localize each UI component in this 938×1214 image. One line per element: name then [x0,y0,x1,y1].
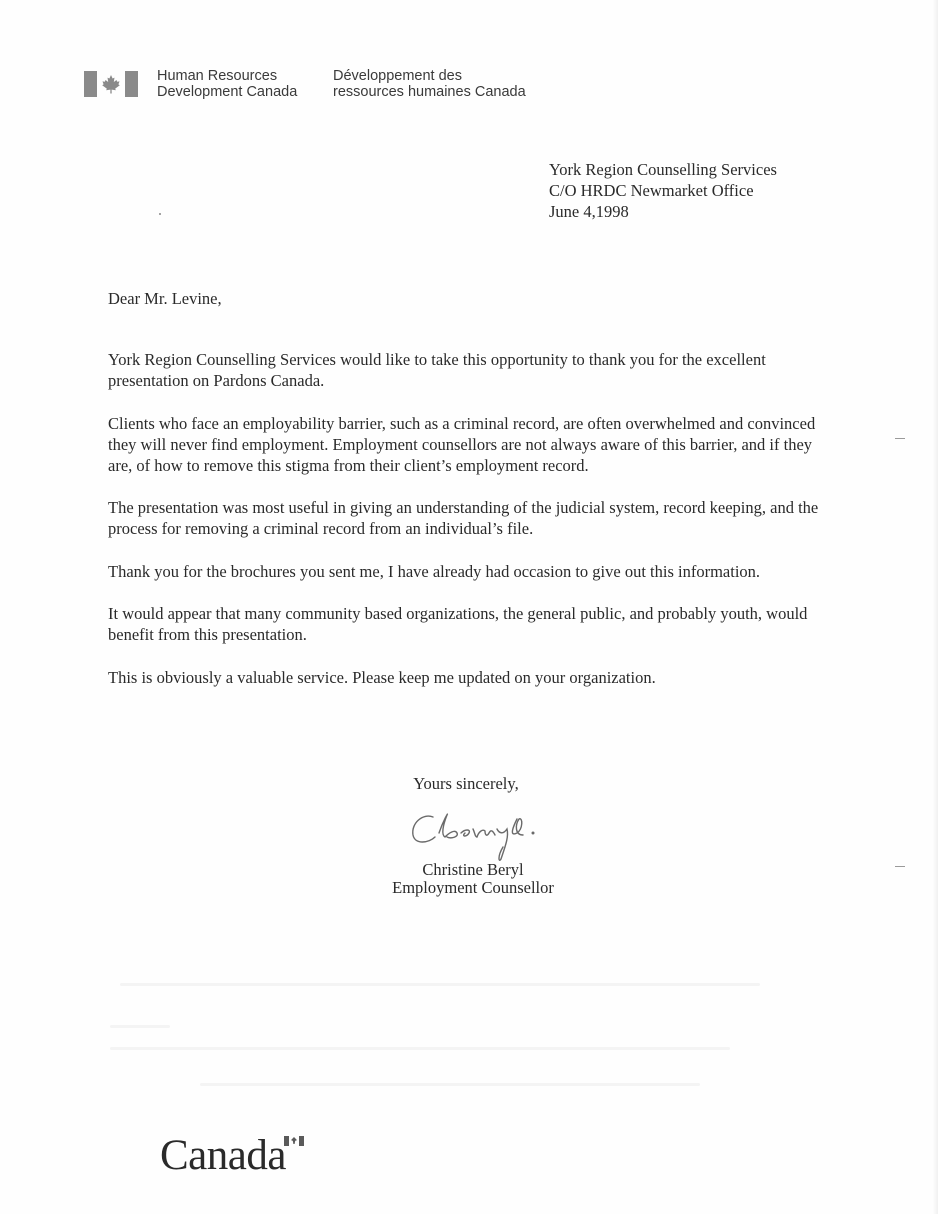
page-edge [932,0,938,1214]
department-fr-line-1: Développement des [333,68,526,84]
valediction: Yours sincerely, [0,773,935,794]
body-paragraph: This is obviously a valuable service. Pl… [108,667,838,688]
handwritten-signature-icon [405,803,575,863]
body-paragraph: York Region Counselling Services would l… [108,349,838,391]
department-name-french: Développement des ressources humaines Ca… [333,68,526,100]
body-paragraph: It would appear that many community base… [108,603,838,645]
canada-flag-icon [84,71,138,97]
salutation: Dear Mr. Levine, [108,288,222,309]
stray-mark [159,213,161,215]
bleed-through-texture [110,975,770,1095]
body-paragraph: The presentation was most useful in givi… [108,497,838,539]
department-en-line-1: Human Resources [157,68,297,84]
department-en-line-2: Development Canada [157,84,297,100]
letter-date: June 4,1998 [549,201,777,222]
margin-tick [895,438,905,439]
margin-tick [895,866,905,867]
body-paragraph: Thank you for the brochures you sent me,… [108,561,838,582]
sender-office: C/O HRDC Newmarket Office [549,180,777,201]
department-name-english: Human Resources Development Canada [157,68,297,100]
letter-body: York Region Counselling Services would l… [108,349,838,709]
sender-organization: York Region Counselling Services [549,159,777,180]
signatory-title: Employment Counsellor [4,877,938,898]
wordmark-flag-icon [284,1136,304,1146]
letter-page: Human Resources Development Canada Dével… [0,0,938,1214]
body-paragraph: Clients who face an employability barrie… [108,413,838,476]
sender-address: York Region Counselling Services C/O HRD… [549,159,777,222]
department-fr-line-2: ressources humaines Canada [333,84,526,100]
canada-wordmark: Canada [160,1132,286,1180]
